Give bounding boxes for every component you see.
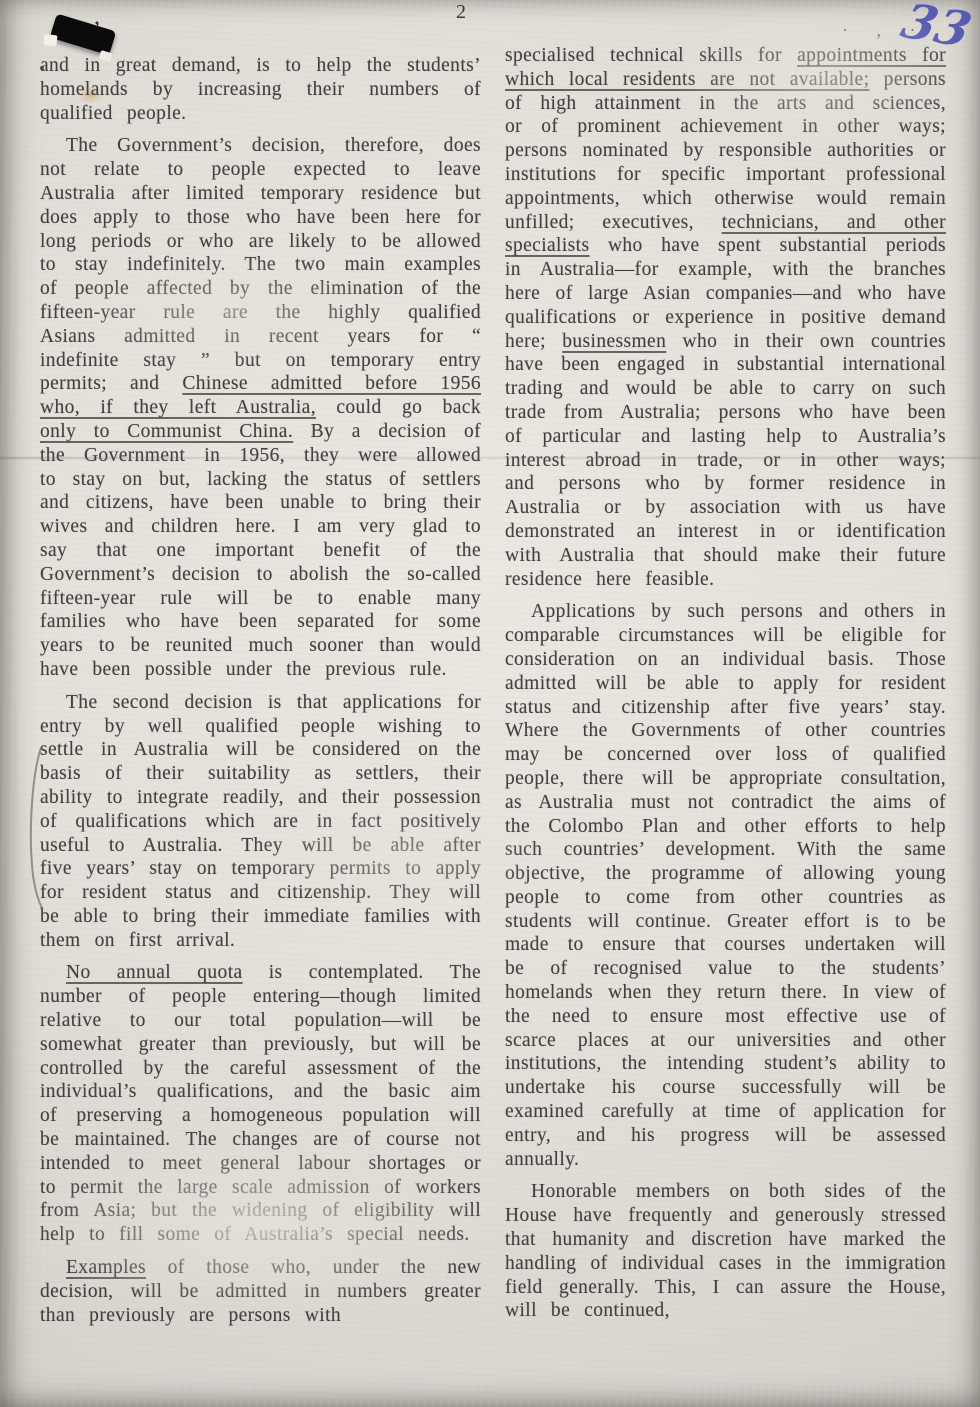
scanned-document-page: , 2 · , · 33 and in great demand, is to … <box>0 0 980 1407</box>
pencil-underlined-text: Examples <box>66 1257 146 1278</box>
right-column: specialised technical skills for appoint… <box>505 44 946 1403</box>
stray-comma-mark: , <box>94 4 100 31</box>
text-run: specialised technical skills for <box>505 45 797 66</box>
text-run: The Government’s decision, therefore, do… <box>40 135 481 394</box>
paragraph: The second decision is that applications… <box>40 691 481 953</box>
text-run: could go back <box>316 397 481 418</box>
paragraph: The Government’s decision, therefore, do… <box>40 134 481 681</box>
text-run: The second decision is that applications… <box>40 692 481 951</box>
paragraph: No annual quota is contemplated. The num… <box>40 961 481 1247</box>
two-column-text-area: and in great demand, is to help the stud… <box>40 44 946 1403</box>
paragraph: and in great demand, is to help the stud… <box>40 54 481 125</box>
pencil-underlined-text: businessmen <box>562 331 666 352</box>
text-run: persons of high attainment in the arts a… <box>505 69 946 233</box>
pencil-underlined-text: only to Communist China. <box>40 421 293 442</box>
text-run: Honorable members on both sides of the H… <box>505 1181 946 1321</box>
text-run: and in great demand, is to help the stud… <box>40 55 481 124</box>
fold-crease-line <box>0 457 980 459</box>
paragraph: Applications by such persons and others … <box>505 600 946 1171</box>
left-column: and in great demand, is to help the stud… <box>40 54 481 1403</box>
text-run: By a decision of the Government in 1956,… <box>40 421 481 680</box>
text-run: Applications by such persons and others … <box>505 601 946 1169</box>
paragraph: Honorable members on both sides of the H… <box>505 1180 946 1323</box>
text-run: who in their own countries have been eng… <box>505 331 946 590</box>
paragraph: Examples of those who, under the new dec… <box>40 1256 481 1327</box>
page-number: 2 <box>456 1 467 24</box>
pencil-underlined-text: No annual quota <box>66 962 243 983</box>
paragraph: specialised technical skills for appoint… <box>505 44 946 591</box>
text-run: is contemplated. The number of people en… <box>40 962 481 1245</box>
